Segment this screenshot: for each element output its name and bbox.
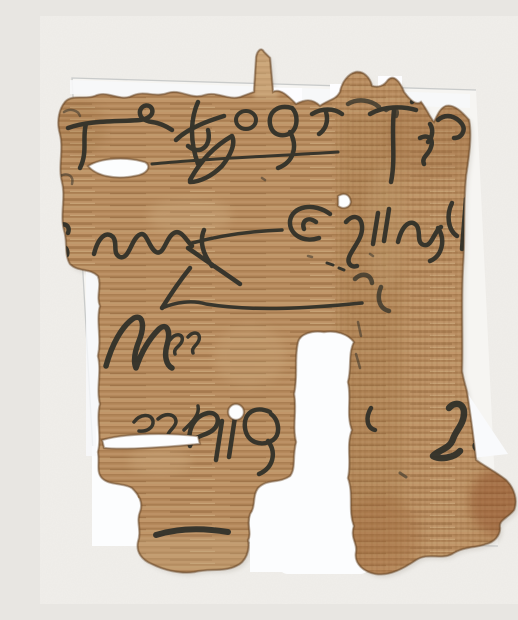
scan-image	[40, 16, 518, 604]
papyrus-scan: Scan of a torn tan papyrus fragment bear…	[40, 16, 518, 604]
